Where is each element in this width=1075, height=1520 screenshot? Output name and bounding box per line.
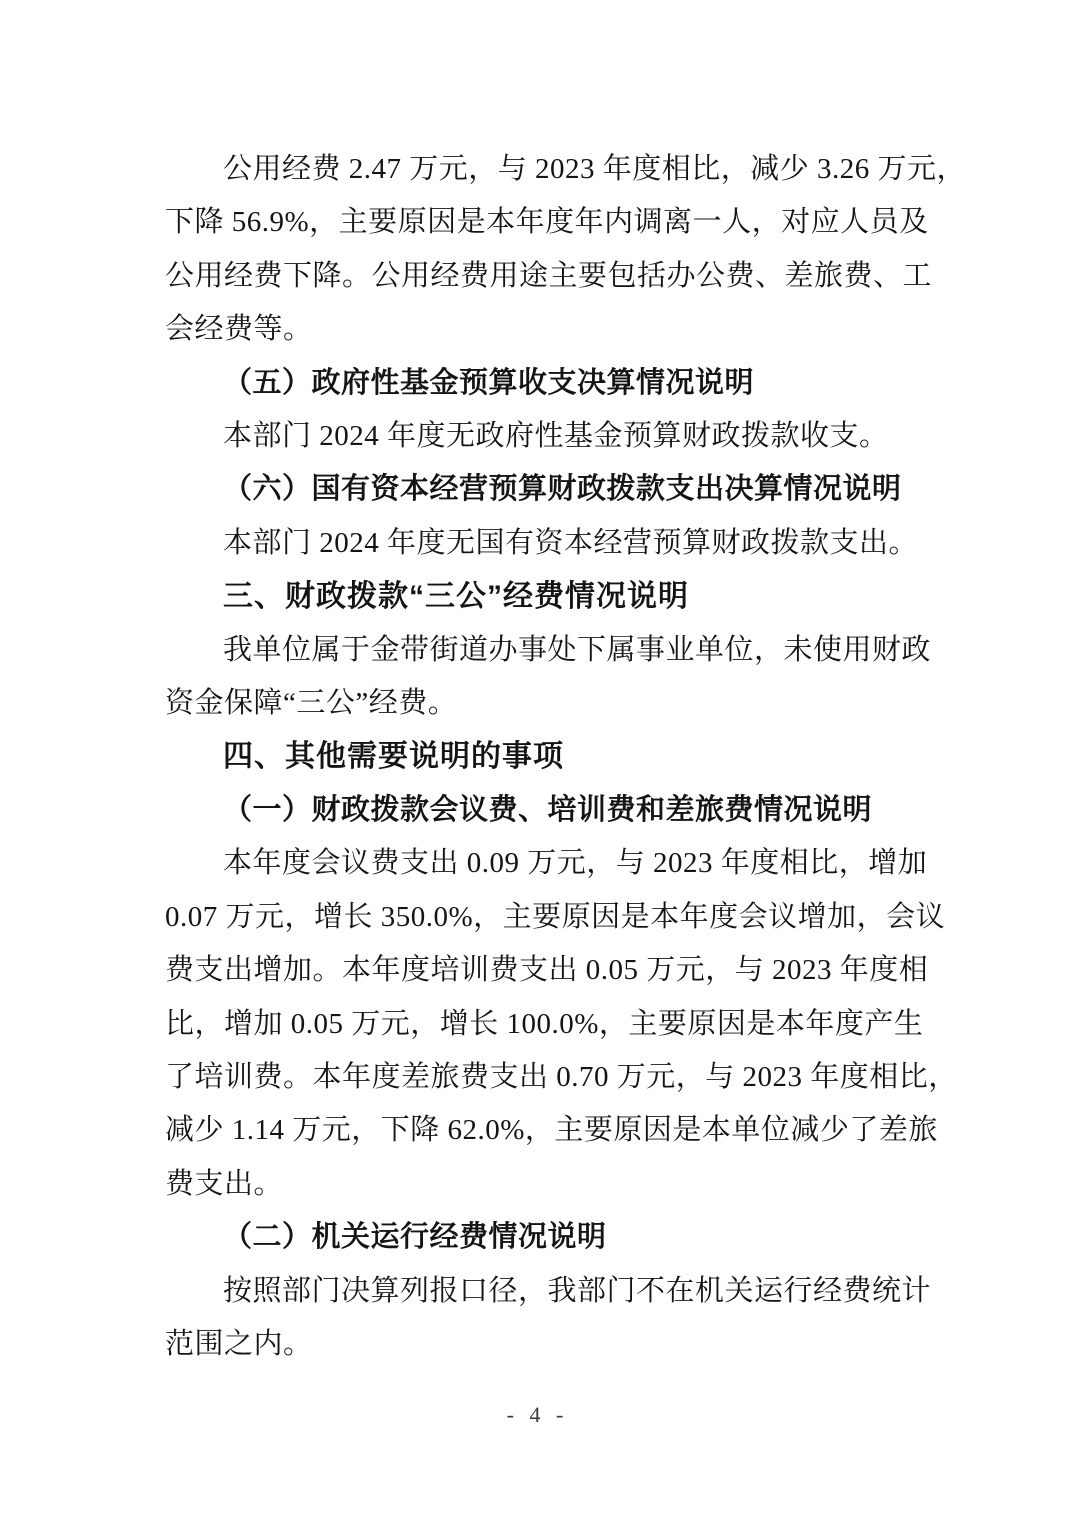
heading-line: 四、其他需要说明的事项	[165, 730, 915, 783]
paragraph: 本年度会议费支出 0.09 万元，与 2023 年度相比，增加0.07 万元，增…	[165, 837, 915, 1211]
page-footer: - 4 -	[0, 1400, 1075, 1430]
paragraph: 按照部门决算列报口径，我部门不在机关运行经费统计范围之内。	[165, 1265, 915, 1372]
section-heading: 三、财政拨款“三公”经费情况说明	[165, 570, 915, 623]
text-line: 本部门 2024 年度无政府性基金预算财政拨款收支。	[165, 410, 915, 463]
text-line: 资金保障“三公”经费。	[165, 677, 915, 730]
text-line: 范围之内。	[165, 1318, 915, 1371]
text-line: 会经费等。	[165, 303, 915, 356]
document-content: 公用经费 2.47 万元，与 2023 年度相比，减少 3.26 万元，下降 5…	[165, 143, 915, 1371]
heading-line: （六）国有资本经营预算财政拨款支出决算情况说明	[165, 463, 915, 516]
text-line: 减少 1.14 万元，下降 62.0%，主要原因是本单位减少了差旅	[165, 1104, 915, 1157]
text-line: 公用经费 2.47 万元，与 2023 年度相比，减少 3.26 万元，	[165, 143, 915, 196]
sub-section-heading: （五）政府性基金预算收支决算情况说明	[165, 357, 915, 410]
text-line: 比，增加 0.05 万元，增长 100.0%，主要原因是本年度产生	[165, 998, 915, 1051]
sub-section-heading: （二）机关运行经费情况说明	[165, 1211, 915, 1264]
text-line: 我单位属于金带街道办事处下属事业单位，未使用财政	[165, 624, 915, 677]
text-line: 本部门 2024 年度无国有资本经营预算财政拨款支出。	[165, 517, 915, 570]
heading-line: （五）政府性基金预算收支决算情况说明	[165, 357, 915, 410]
heading-line: （二）机关运行经费情况说明	[165, 1211, 915, 1264]
text-line: 费支出。	[165, 1158, 915, 1211]
paragraph: 公用经费 2.47 万元，与 2023 年度相比，减少 3.26 万元，下降 5…	[165, 143, 915, 357]
sub-section-heading: （六）国有资本经营预算财政拨款支出决算情况说明	[165, 463, 915, 516]
paragraph: 我单位属于金带街道办事处下属事业单位，未使用财政资金保障“三公”经费。	[165, 624, 915, 731]
text-line: 下降 56.9%，主要原因是本年度年内调离一人，对应人员及	[165, 196, 915, 249]
page-number: - 4 -	[507, 1402, 569, 1427]
text-line: 了培训费。本年度差旅费支出 0.70 万元，与 2023 年度相比，	[165, 1051, 915, 1104]
paragraph: 本部门 2024 年度无政府性基金预算财政拨款收支。	[165, 410, 915, 463]
text-line: 按照部门决算列报口径，我部门不在机关运行经费统计	[165, 1265, 915, 1318]
text-line: 本年度会议费支出 0.09 万元，与 2023 年度相比，增加	[165, 837, 915, 890]
section-heading: 四、其他需要说明的事项	[165, 730, 915, 783]
sub-section-heading: （一）财政拨款会议费、培训费和差旅费情况说明	[165, 784, 915, 837]
document-page: 公用经费 2.47 万元，与 2023 年度相比，减少 3.26 万元，下降 5…	[0, 0, 1075, 1520]
paragraph: 本部门 2024 年度无国有资本经营预算财政拨款支出。	[165, 517, 915, 570]
heading-line: （一）财政拨款会议费、培训费和差旅费情况说明	[165, 784, 915, 837]
heading-line: 三、财政拨款“三公”经费情况说明	[165, 570, 915, 623]
text-line: 公用经费下降。公用经费用途主要包括办公费、差旅费、工	[165, 250, 915, 303]
text-line: 0.07 万元，增长 350.0%，主要原因是本年度会议增加，会议	[165, 891, 915, 944]
text-line: 费支出增加。本年度培训费支出 0.05 万元，与 2023 年度相	[165, 944, 915, 997]
